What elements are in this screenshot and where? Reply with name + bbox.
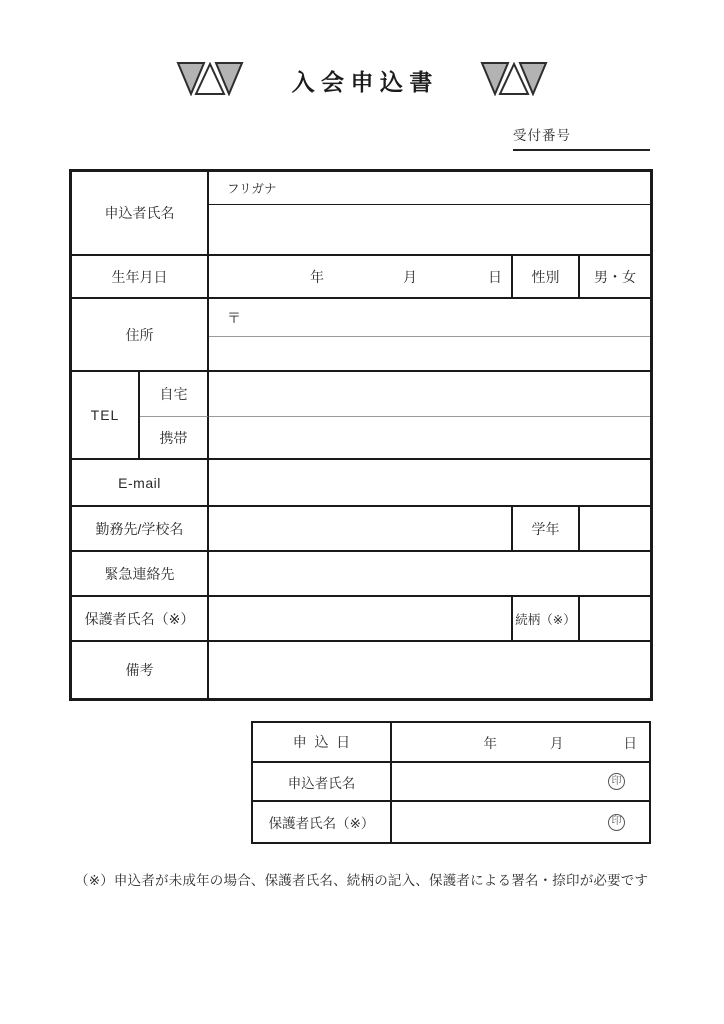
year-label: 年 (484, 732, 498, 752)
guardian-signature-label: 保護者氏名（※） (253, 802, 392, 842)
workplace-school-field (209, 507, 513, 552)
application-form-page: 入会申込書 受付番号 申込者氏名 フリガナ 生年月日 年 月 日 性別 男・女 … (0, 0, 724, 1024)
tel-label: TEL (72, 372, 140, 460)
footnote: （※）申込者が未成年の場合、保護者氏名、続柄の記入、保護者による署名・捺印が必要… (75, 869, 675, 889)
gender-label: 性別 (513, 256, 580, 299)
email-label: E-mail (72, 460, 209, 507)
remarks-label: 備考 (72, 642, 209, 698)
birthdate-field: 年 月 日 (209, 256, 513, 299)
year-label: 年 (310, 267, 324, 287)
applicant-name-label: 申込者氏名 (72, 172, 209, 256)
application-form-table: 申込者氏名 フリガナ 生年月日 年 月 日 性別 男・女 住所 〒 TEL 自宅… (69, 169, 653, 701)
reception-number-field: 受付番号 (513, 124, 650, 151)
month-label: 月 (550, 732, 564, 752)
grade-field (580, 507, 650, 552)
seal-icon: 印 (608, 814, 625, 831)
workplace-school-label: 勤務先/学校名 (72, 507, 209, 552)
emergency-contact-label: 緊急連絡先 (72, 552, 209, 597)
tel-home-field (209, 372, 650, 417)
signature-table: 申込日 年 月 日 申込者氏名 印 保護者氏名（※） 印 (251, 721, 651, 844)
relation-field (580, 597, 650, 642)
applicant-signature-label: 申込者氏名 (253, 763, 392, 802)
relation-label: 続柄（※） (513, 597, 580, 642)
guardian-name-field (209, 597, 513, 642)
application-date-label: 申込日 (253, 723, 392, 763)
birthdate-label: 生年月日 (72, 256, 209, 299)
application-date-field: 年 月 日 (392, 723, 649, 763)
remarks-field (209, 642, 650, 698)
address-label: 住所 (72, 299, 209, 372)
address-field-line2 (209, 337, 650, 372)
triangle-logo-right-icon (480, 61, 548, 96)
postal-mark: 〒 (227, 308, 241, 328)
tel-mobile-label: 携帯 (140, 417, 209, 460)
tel-home-label: 自宅 (140, 372, 209, 417)
gender-options: 男・女 (580, 256, 650, 299)
month-label: 月 (403, 267, 417, 287)
tel-mobile-field (209, 417, 650, 460)
page-title: 入会申込書 (0, 64, 724, 97)
email-field (209, 460, 650, 507)
guardian-name-label: 保護者氏名（※） (72, 597, 209, 642)
day-label: 日 (624, 732, 638, 752)
grade-label: 学年 (513, 507, 580, 552)
applicant-name-field (209, 205, 650, 256)
guardian-signature-field: 印 (392, 802, 649, 842)
furigana-label: フリガナ (209, 172, 650, 205)
emergency-contact-field (209, 552, 650, 597)
applicant-signature-field: 印 (392, 763, 649, 802)
day-label: 日 (488, 267, 502, 287)
address-field-line1: 〒 (209, 299, 650, 337)
seal-icon: 印 (608, 773, 625, 790)
reception-number-label: 受付番号 (513, 128, 571, 143)
